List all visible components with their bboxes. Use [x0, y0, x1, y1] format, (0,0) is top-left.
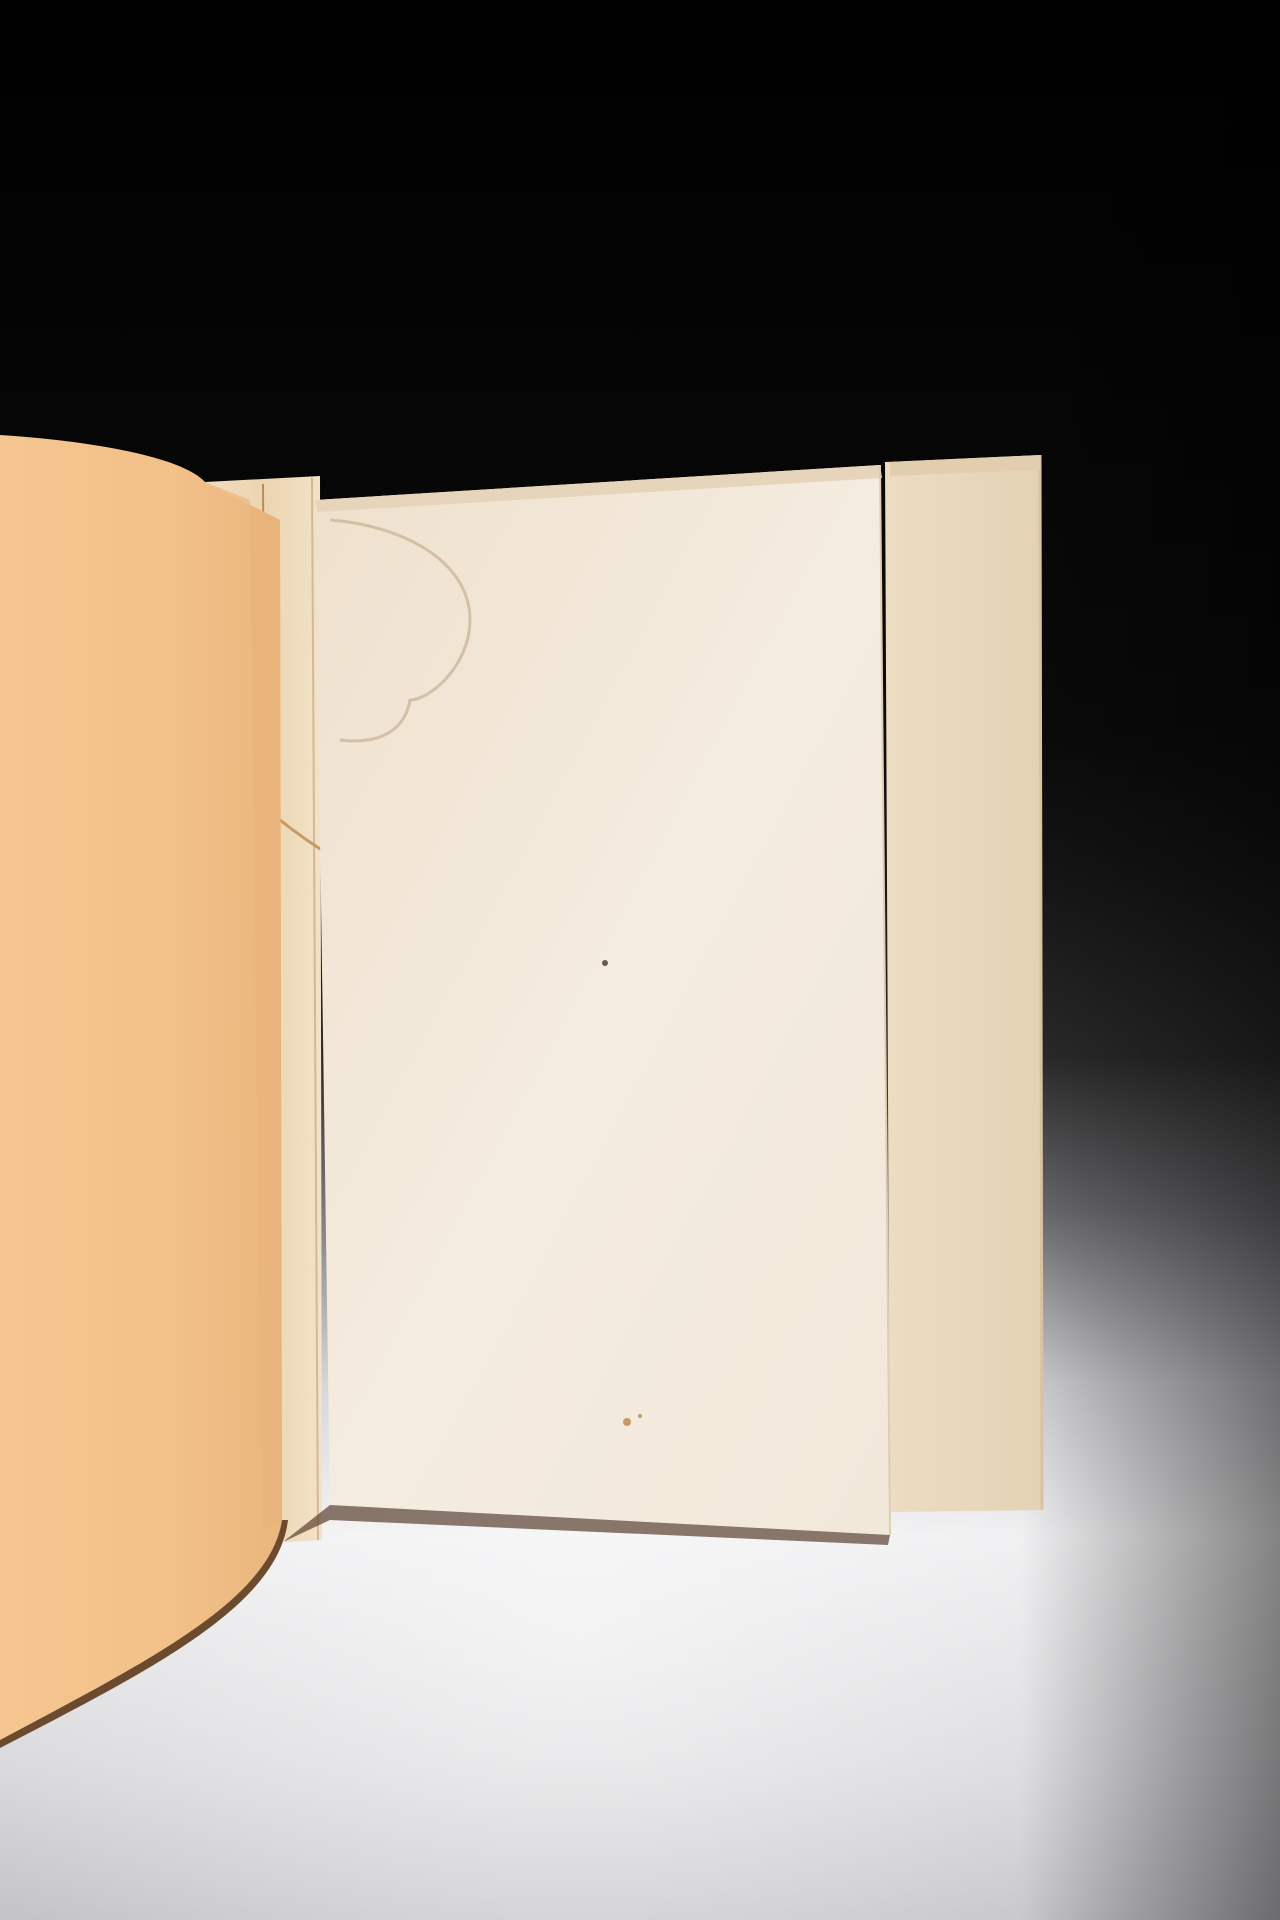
book-illustration — [0, 0, 1280, 1920]
back-page — [885, 455, 1042, 1512]
middle-leaf — [315, 465, 890, 1535]
left-page — [0, 435, 288, 1748]
